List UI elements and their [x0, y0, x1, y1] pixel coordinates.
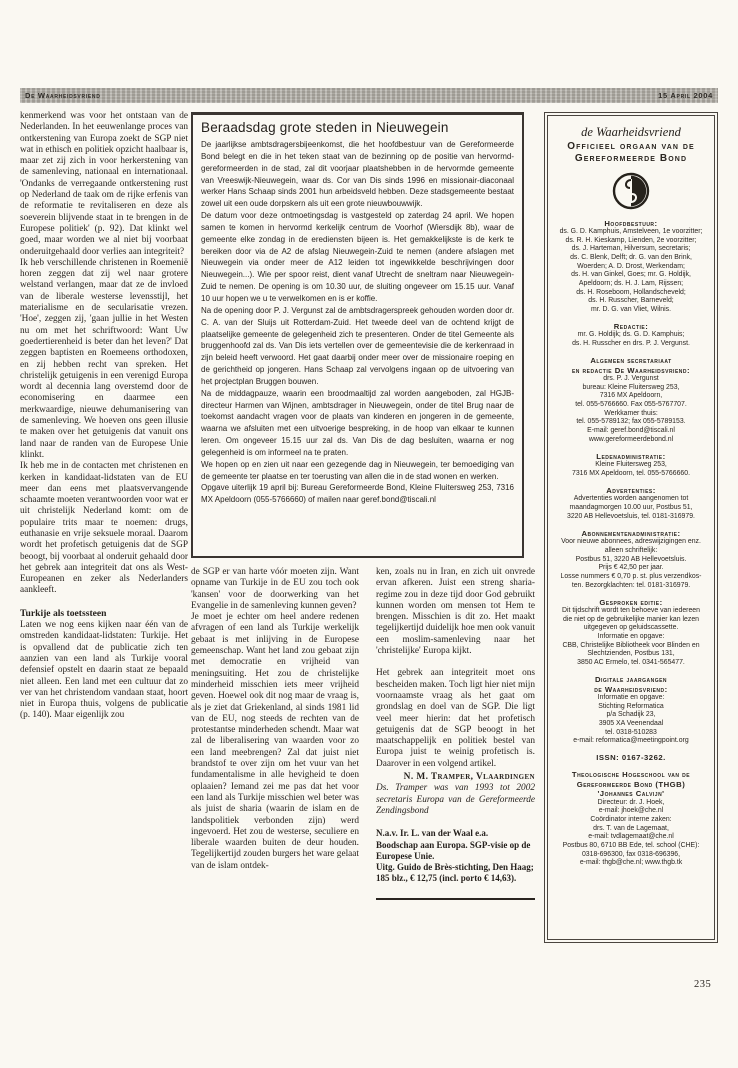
colophon-section-line: Woerden; A. D. Drost, Werkendam; — [553, 263, 709, 272]
colophon-section-line: 3905 XA Veenendaal — [553, 720, 709, 729]
colophon-section-line: ten. Bezorgklachten: tel. 0181-316979. — [553, 582, 709, 591]
colophon-section: Advertenties:Advertenties worden aangeno… — [553, 486, 709, 521]
colophon-section-line: ds. C. Blenk, Delft; dr. G. van den Brin… — [553, 254, 709, 263]
colophon-section-heading: Redactie: — [553, 322, 709, 331]
author-byline: N. M. Tramper, Vlaardingen — [376, 772, 535, 783]
colophon-section-line: Losse nummers € 0,70 p. st. plus verzend… — [553, 573, 709, 582]
column-1-paragraphs-after: Laten we nog eens kijken naar één van de… — [20, 620, 188, 722]
colophon-section-line: Informatie en opgave: — [553, 633, 709, 642]
colophon-section-line: mr. G. Holdijk; ds. G. D. Kamphuis; — [553, 331, 709, 340]
body-paragraph: Ik heb me in de contacten met christenen… — [20, 461, 188, 597]
colophon-section-line: Slechtzienden, Postbus 131, — [553, 650, 709, 659]
colophon-section-line: Coördinator interne zaken: — [553, 816, 709, 825]
colophon-section-heading: Gesproken editie: — [553, 598, 709, 607]
colophon-section: Digitale jaargangende Waarheidsvriend:In… — [553, 675, 709, 746]
colophon-section: Abonnementenadministratie:Voor nieuwe ab… — [553, 529, 709, 590]
colophon-section-line: Voor nieuwe abonnees, adreswijzigingen e… — [553, 538, 709, 547]
colophon-section: Algemeen secretariaaten redactie De Waar… — [553, 356, 709, 444]
colophon-section-heading: Theologische Hogeschool van de — [553, 770, 709, 779]
colophon-section-line: Apeldoorn; ds. H. J. Lam, Rijssen; — [553, 280, 709, 289]
colophon-subtitle-line1: Officieel orgaan van de — [553, 141, 709, 152]
gereformeerde-bond-logo-icon — [611, 171, 651, 211]
journal-name: De Waarheidsvriend — [25, 91, 101, 100]
column-3-paragraphs: ken, zoals nu in Iran, en zich uit onvre… — [376, 567, 535, 770]
book-reference-line: Uitg. Guido de Brès-stichting, Den Haag;… — [376, 862, 535, 885]
colophon-section-line: 3220 AB Hellevoetsluis, tel. 0181-316979… — [553, 513, 709, 522]
colophon-section-line: p/a Schadijk 23, — [553, 711, 709, 720]
colophon-section-line: e-mail: reformatica@meetingpoint.org — [553, 737, 709, 746]
colophon-sidebar: de Waarheidsvriend Officieel orgaan van … — [544, 112, 718, 943]
colophon-section-line: uitgegeven op geluidscassette. — [553, 624, 709, 633]
colophon-section-line: bureau: Kleine Fluitersweg 253, — [553, 384, 709, 393]
colophon-section-line: Werkkamer thuis: — [553, 410, 709, 419]
body-paragraph: Ik heb verschillende christenen in Roeme… — [20, 258, 188, 461]
announcement-box: Beraadsdag grote steden in Nieuwegein De… — [191, 112, 524, 558]
author-bio: Ds. Tramper was van 1993 tot 2002 secret… — [376, 783, 535, 817]
colophon-section-line: Informatie en opgave: — [553, 694, 709, 703]
article-column-2: de SGP er van harte vóór moeten zijn. Wa… — [191, 567, 359, 872]
colophon-section-line: ds. H. van Ginkel, Goes; mr. G. Holdijk, — [553, 271, 709, 280]
colophon-section-line: e-mail: thgb@che.nl; www.thgb.tk — [553, 859, 709, 868]
body-paragraph: kenmerkend was voor het ontstaan van de … — [20, 111, 188, 258]
colophon-section-heading: en redactie De Waarheidsvriend: — [553, 366, 709, 375]
colophon-section-line: ds. H. Russcher, Barneveld; — [553, 297, 709, 306]
page-header-bar: De Waarheidsvriend 15 April 2004 — [20, 88, 718, 103]
colophon-section-line: ds. J. Harteman, Hilversum, secretaris; — [553, 245, 709, 254]
column-1-paragraphs: kenmerkend was voor het ontstaan van de … — [20, 111, 188, 597]
colophon-section-line: 3850 AC Ermelo, tel. 0341-565477. — [553, 659, 709, 668]
book-reference-line: Boodschap aan Europa. SGP-visie op de Eu… — [376, 840, 535, 863]
colophon-section-line: drs. T. van de Lagemaat, — [553, 825, 709, 834]
colophon-section-heading: Abonnementenadministratie: — [553, 529, 709, 538]
colophon-section-line: 7316 MX Apeldoorn, — [553, 392, 709, 401]
colophon-section-heading: de Waarheidsvriend: — [553, 685, 709, 694]
announcement-paragraph: Na de opening door P. J. Vergunst zal de… — [201, 305, 514, 388]
announcement-title: Beraadsdag grote steden in Nieuwegein — [201, 120, 514, 135]
colophon-section-line: E-mail: geref.bond@tiscali.nl — [553, 427, 709, 436]
article-end-rule — [376, 898, 535, 900]
colophon-section-heading: Hoofdbestuur: — [553, 219, 709, 228]
colophon-section: Gesproken editie:Dit tijdschrift wordt t… — [553, 598, 709, 668]
body-paragraph: Je moet je echter om heel andere redenen… — [191, 612, 359, 872]
colophon-section-line: Kleine Fluitersweg 253, — [553, 461, 709, 470]
colophon-section-heading: Gereformeerde Bond (THGB) — [553, 780, 709, 789]
colophon-section-line: e-mail: jhoek@che.nl — [553, 807, 709, 816]
colophon-section-line: mr. D. G. van Vliet, Wilnis. — [553, 306, 709, 315]
book-reference-line: N.a.v. Ir. L. van der Waal e.a. — [376, 828, 535, 839]
announcement-paragraph: De jaarlijkse ambtsdragersbijeenkomst, d… — [201, 139, 514, 210]
column-2-paragraphs: de SGP er van harte vóór moeten zijn. Wa… — [191, 567, 359, 872]
page-number: 235 — [694, 979, 711, 990]
issue-date: 15 April 2004 — [658, 91, 713, 100]
colophon-section: Redactie:mr. G. Holdijk; ds. G. D. Kamph… — [553, 322, 709, 349]
colophon-section-heading: Advertenties: — [553, 486, 709, 495]
colophon-section-line: Advertenties worden aangenomen tot — [553, 495, 709, 504]
colophon-section-line: Dit tijdschrift wordt ten behoeve van ie… — [553, 607, 709, 616]
colophon-section-heading: 'Johannes Calvijn' — [553, 789, 709, 798]
colophon-section: Ledenadministratie:Kleine Fluitersweg 25… — [553, 452, 709, 479]
colophon-section-heading: Algemeen secretariaat — [553, 356, 709, 365]
colophon-section-line: tel. 055-5766660. Fax 055-5767707. — [553, 401, 709, 410]
section-heading-turkije: Turkije als toetssteen — [20, 608, 188, 619]
colophon-journal-title: de Waarheidsvriend — [553, 125, 709, 140]
colophon-subtitle-line2: Gereformeerde Bond — [553, 153, 709, 164]
colophon-section-line: die niet op de gebruikelijke manier kan … — [553, 616, 709, 625]
colophon-section-line: 0318-696300, fax 0318-696396, — [553, 851, 709, 860]
colophon-section-line: Stichting Reformatica — [553, 703, 709, 712]
colophon-section-line: tel. 0318-510283 — [553, 729, 709, 738]
body-paragraph: ken, zoals nu in Iran, en zich uit onvre… — [376, 567, 535, 657]
colophon-section-line: ds. R. H. Kieskamp, Lienden, 2e voorzitt… — [553, 237, 709, 246]
colophon-section-line: e-mail: tvdlagemaat@che.nl — [553, 833, 709, 842]
colophon-section-line: CBB, Christelijke Bibliotheek voor Blind… — [553, 642, 709, 651]
announcement-paragraph: Opgave uiterlijk 19 april bij: Bureau Ge… — [201, 482, 514, 506]
colophon-section-line: tel. 055-5789132; fax 055-5789153. — [553, 418, 709, 427]
colophon-section-line: ds. G. D. Kamphuis, Amstelveen, 1e voorz… — [553, 228, 709, 237]
announcement-paragraph: Na de middagpauze, waarin een broodmaalt… — [201, 388, 514, 459]
colophon-section-line: drs. P. J. Vergunst — [553, 375, 709, 384]
colophon-section-line: Postbus 51, 3220 AB Hellevoetsluis. — [553, 556, 709, 565]
magazine-page: De Waarheidsvriend 15 April 2004 kenmerk… — [0, 0, 738, 1068]
announcement-paragraph: We hopen op en zien uit naar een gezegen… — [201, 459, 514, 483]
colophon-section-heading: Ledenadministratie: — [553, 452, 709, 461]
colophon-section: Hoofdbestuur:ds. G. D. Kamphuis, Amstelv… — [553, 219, 709, 315]
colophon-section-line: 7316 MX Apeldoorn, tel. 055-5766660. — [553, 470, 709, 479]
colophon-section-line: www.gereformeerdebond.nl — [553, 436, 709, 445]
announcement-body: De jaarlijkse ambtsdragersbijeenkomst, d… — [201, 139, 514, 506]
colophon-section-heading: ISSN: 0167-3262. — [553, 753, 709, 762]
colophon-section-line: alleen schriftelijk: — [553, 547, 709, 556]
colophon-sections: Hoofdbestuur:ds. G. D. Kamphuis, Amstelv… — [553, 219, 709, 868]
colophon-section-line: maandagmorgen 10.00 uur, Postbus 51, — [553, 504, 709, 513]
colophon-section-heading: Digitale jaargangen — [553, 675, 709, 684]
announcement-paragraph: De datum voor deze ontmoetingsdag is vas… — [201, 210, 514, 305]
colophon-section-line: Postbus 80, 6710 BB Ede, tel. school (CH… — [553, 842, 709, 851]
colophon-section: ISSN: 0167-3262. — [553, 753, 709, 762]
colophon-section-line: ds. H. Roseboom, Hollandscheveld; — [553, 289, 709, 298]
colophon-section-line: Prijs € 42,50 per jaar. — [553, 564, 709, 573]
colophon-section-line: ds. H. Russcher en drs. P. J. Vergunst. — [553, 340, 709, 349]
body-paragraph: Laten we nog eens kijken naar één van de… — [20, 620, 188, 722]
article-column-3: ken, zoals nu in Iran, en zich uit onvre… — [376, 567, 535, 900]
body-paragraph: de SGP er van harte vóór moeten zijn. Wa… — [191, 567, 359, 612]
colophon-section-line: Directeur: dr. J. Hoek, — [553, 799, 709, 808]
body-paragraph: Het gebrek aan integriteit moet ons besc… — [376, 668, 535, 770]
book-reference: N.a.v. Ir. L. van der Waal e.a.Boodschap… — [376, 828, 535, 884]
article-column-1: kenmerkend was voor het ontstaan van de … — [20, 111, 188, 722]
colophon-section: Theologische Hogeschool van deGereformee… — [553, 770, 709, 867]
